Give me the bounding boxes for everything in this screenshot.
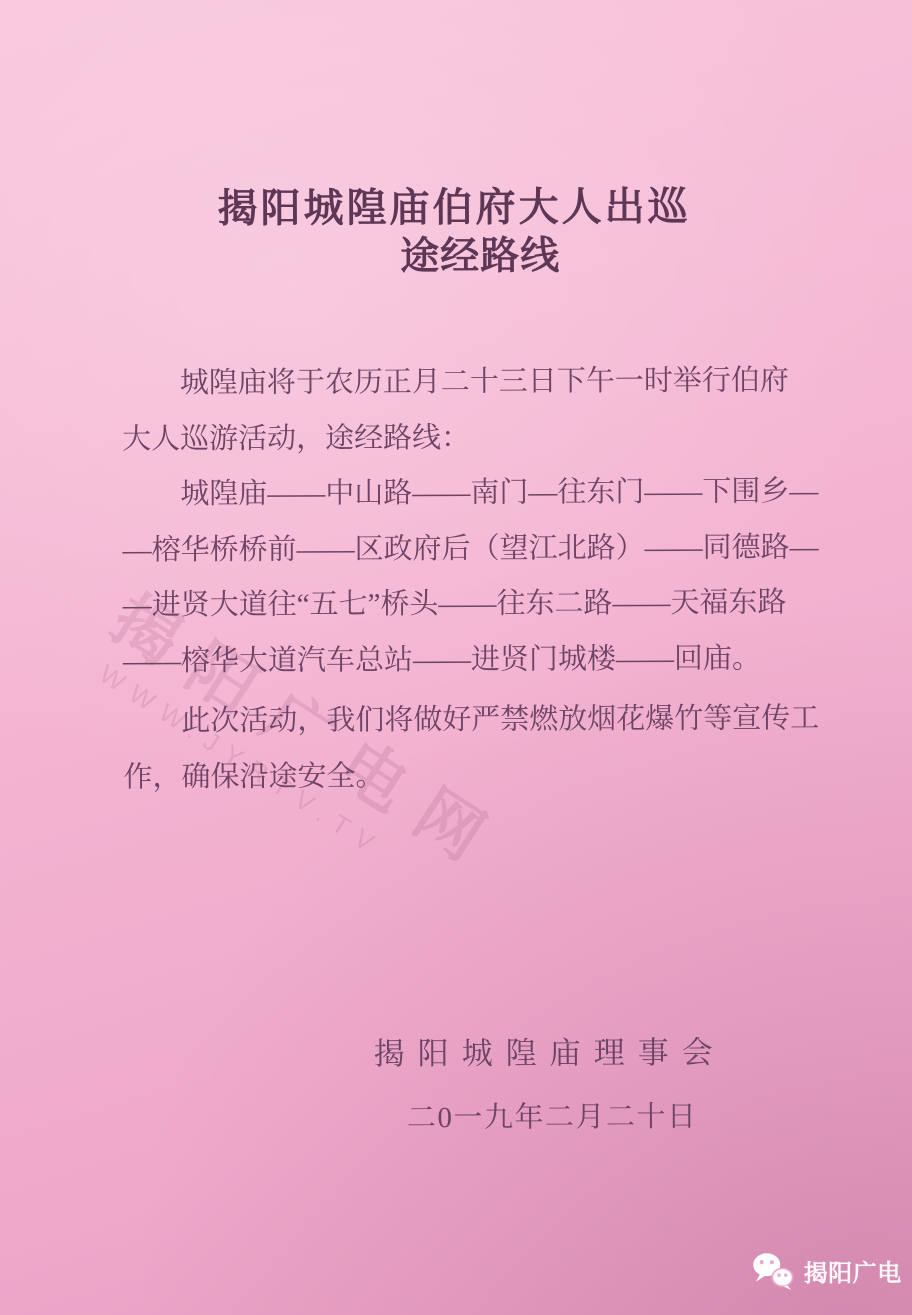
- title-line-2: 途经路线: [24, 230, 912, 283]
- wechat-icon: [751, 1251, 795, 1291]
- paper: 揭阳广电网 WWW.JYRTV.TV 揭阳城隍庙伯府大人出巡 途经路线 城隍庙将…: [0, 0, 912, 1315]
- text-line: 此次活动，我们将做好严禁燃放烟花爆竹等宣传工: [123, 691, 843, 750]
- notice-photo: 揭阳广电网 WWW.JYRTV.TV 揭阳城隍庙伯府大人出巡 途经路线 城隍庙将…: [0, 0, 912, 1315]
- text-line: ——榕华大道汽车总站——进贤门城楼——回庙。: [123, 631, 843, 690]
- badge-label: 揭阳广电: [804, 1253, 902, 1288]
- notice-title: 揭阳城隍庙伯府大人出巡 途经路线: [0, 181, 910, 283]
- title-line-1: 揭阳城隍庙伯府大人出巡: [0, 181, 910, 234]
- text-line: 城隍庙将于农历正月二十三日下午一时举行伯府: [122, 353, 842, 412]
- text-line: 大人巡游活动，途经路线：: [122, 409, 842, 468]
- text-line: 城隍庙——中山路——南门—往东门——下围乡—: [122, 464, 842, 523]
- text-line: —进贤大道往“五七”桥头——往东二路——天福东路: [123, 575, 843, 634]
- body-text: 城隍庙将于农历正月二十三日下午一时举行伯府 大人巡游活动，途经路线： 城隍庙——…: [122, 353, 844, 805]
- wechat-badge: 揭阳广电: [751, 1250, 902, 1291]
- signature-organization: 揭阳城隍庙理事会: [374, 1027, 726, 1074]
- text-line: 作，确保沿途安全。: [123, 747, 843, 806]
- signature-date: 二0一九年二月二十日: [407, 1094, 698, 1136]
- text-line: —榕华桥桥前——区政府后（望江北路）——同德路—: [122, 520, 842, 579]
